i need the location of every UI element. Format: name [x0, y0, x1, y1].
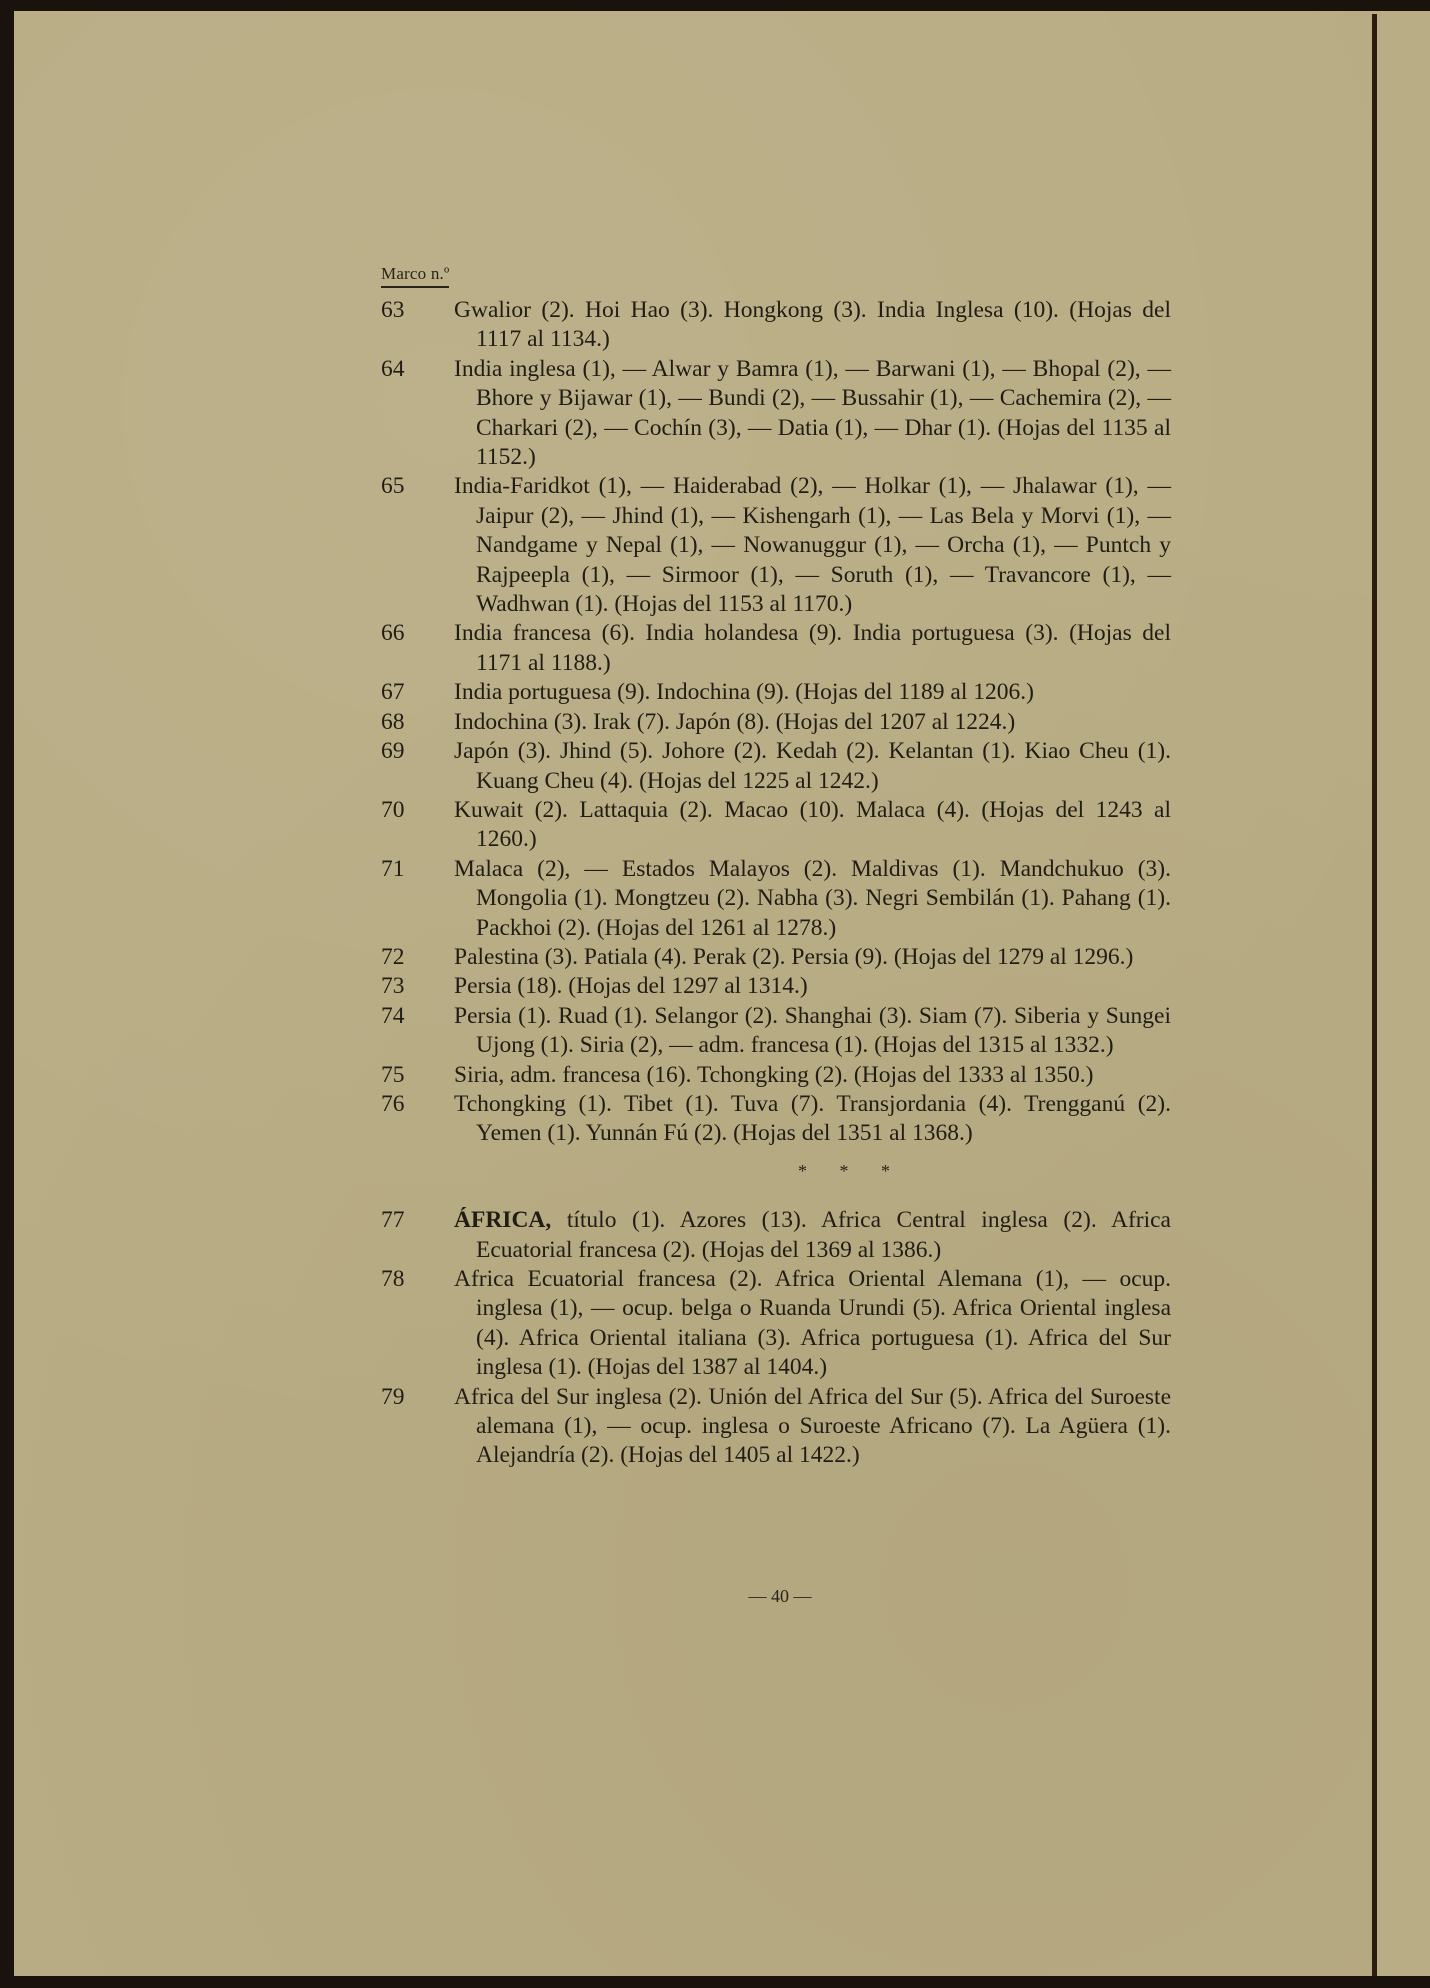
catalog-entry: 67 India portuguesa (9). Indochina (9). … — [381, 678, 1171, 707]
entry-number: 74 — [381, 1002, 454, 1031]
entry-text: India portuguesa (9). Indochina (9). (Ho… — [454, 678, 1171, 707]
entry-number: 71 — [381, 855, 454, 884]
entry-number: 65 — [381, 472, 454, 501]
entry-text: Palestina (3). Patiala (4). Perak (2). P… — [454, 943, 1171, 972]
catalog-entry: 71 Malaca (2), — Estados Malayos (2). Ma… — [381, 855, 1171, 943]
entry-text: Africa Ecuatorial francesa (2). Africa O… — [454, 1265, 1171, 1383]
entry-number: 70 — [381, 796, 454, 825]
catalog-entry: 75 Siria, adm. francesa (16). Tchongking… — [381, 1061, 1171, 1090]
entry-number: 79 — [381, 1383, 454, 1412]
catalog-entry: 69 Japón (3). Jhind (5). Johore (2). Ked… — [381, 737, 1171, 796]
entry-number: 77 — [381, 1206, 454, 1235]
catalog-entry: 73 Persia (18). (Hojas del 1297 al 1314.… — [381, 972, 1171, 1001]
entry-number: 76 — [381, 1090, 454, 1119]
entry-text: Persia (1). Ruad (1). Selangor (2). Shan… — [454, 1002, 1171, 1061]
section-title-africa: ÁFRICA, — [454, 1207, 551, 1233]
entry-text: Malaca (2), — Estados Malayos (2). Maldi… — [454, 855, 1171, 943]
entry-number: 64 — [381, 355, 454, 384]
catalog-entry: 65 India-Faridkot (1), — Haiderabad (2),… — [381, 472, 1171, 619]
catalog-entry: 72 Palestina (3). Patiala (4). Perak (2)… — [381, 943, 1171, 972]
entry-text: Persia (18). (Hojas del 1297 al 1314.) — [454, 972, 1171, 1001]
page-number: — 40 — — [0, 1586, 1430, 1607]
entry-text: Siria, adm. francesa (16). Tchongking (2… — [454, 1061, 1171, 1090]
catalog-entry: 70 Kuwait (2). Lattaquia (2). Macao (10)… — [381, 796, 1171, 855]
catalog-entries: 63 Gwalior (2). Hoi Hao (3). Hongkong (3… — [381, 296, 1171, 1471]
entry-text: Indochina (3). Irak (7). Japón (8). (Hoj… — [454, 708, 1171, 737]
catalog-entry: 77 ÁFRICA, título (1). Azores (13). Afri… — [381, 1206, 1171, 1265]
catalog-entry: 78 Africa Ecuatorial francesa (2). Afric… — [381, 1265, 1171, 1383]
entry-number: 67 — [381, 678, 454, 707]
entry-number: 66 — [381, 619, 454, 648]
entry-text-body: título (1). Azores (13). Africa Central … — [476, 1207, 1171, 1262]
entry-number: 73 — [381, 972, 454, 1001]
entry-text: India francesa (6). India holandesa (9).… — [454, 619, 1171, 678]
entry-text: Tchongking (1). Tibet (1). Tuva (7). Tra… — [454, 1090, 1171, 1149]
entry-number: 68 — [381, 708, 454, 737]
catalog-entry: 68 Indochina (3). Irak (7). Japón (8). (… — [381, 708, 1171, 737]
entry-text: Japón (3). Jhind (5). Johore (2). Kedah … — [454, 737, 1171, 796]
entry-text: India inglesa (1), — Alwar y Bamra (1), … — [454, 355, 1171, 473]
entry-number: 78 — [381, 1265, 454, 1294]
entry-text: Gwalior (2). Hoi Hao (3). Hongkong (3). … — [454, 296, 1171, 355]
catalog-entry: 74 Persia (1). Ruad (1). Selangor (2). S… — [381, 1002, 1171, 1061]
entry-number: 75 — [381, 1061, 454, 1090]
column-header-marco: Marco n.º — [381, 264, 449, 288]
facing-page-edge — [1377, 11, 1430, 1977]
entry-number: 69 — [381, 737, 454, 766]
entry-text: Kuwait (2). Lattaquia (2). Macao (10). M… — [454, 796, 1171, 855]
entry-number: 72 — [381, 943, 454, 972]
catalog-entry: 79 Africa del Sur inglesa (2). Unión del… — [381, 1383, 1171, 1471]
catalog-entry: 63 Gwalior (2). Hoi Hao (3). Hongkong (3… — [381, 296, 1171, 355]
entry-text: India-Faridkot (1), — Haiderabad (2), — … — [454, 472, 1171, 619]
entry-text: ÁFRICA, título (1). Azores (13). Africa … — [454, 1206, 1171, 1265]
section-separator-asterisks: * * * — [381, 1157, 1171, 1186]
entry-text: Africa del Sur inglesa (2). Unión del Af… — [454, 1383, 1171, 1471]
scan-bottom-edge — [0, 1976, 1430, 1988]
catalog-entry: 76 Tchongking (1). Tibet (1). Tuva (7). … — [381, 1090, 1171, 1149]
entry-number: 63 — [381, 296, 454, 325]
catalog-entry: 64 India inglesa (1), — Alwar y Bamra (1… — [381, 355, 1171, 473]
catalog-entry: 66 India francesa (6). India holandesa (… — [381, 619, 1171, 678]
